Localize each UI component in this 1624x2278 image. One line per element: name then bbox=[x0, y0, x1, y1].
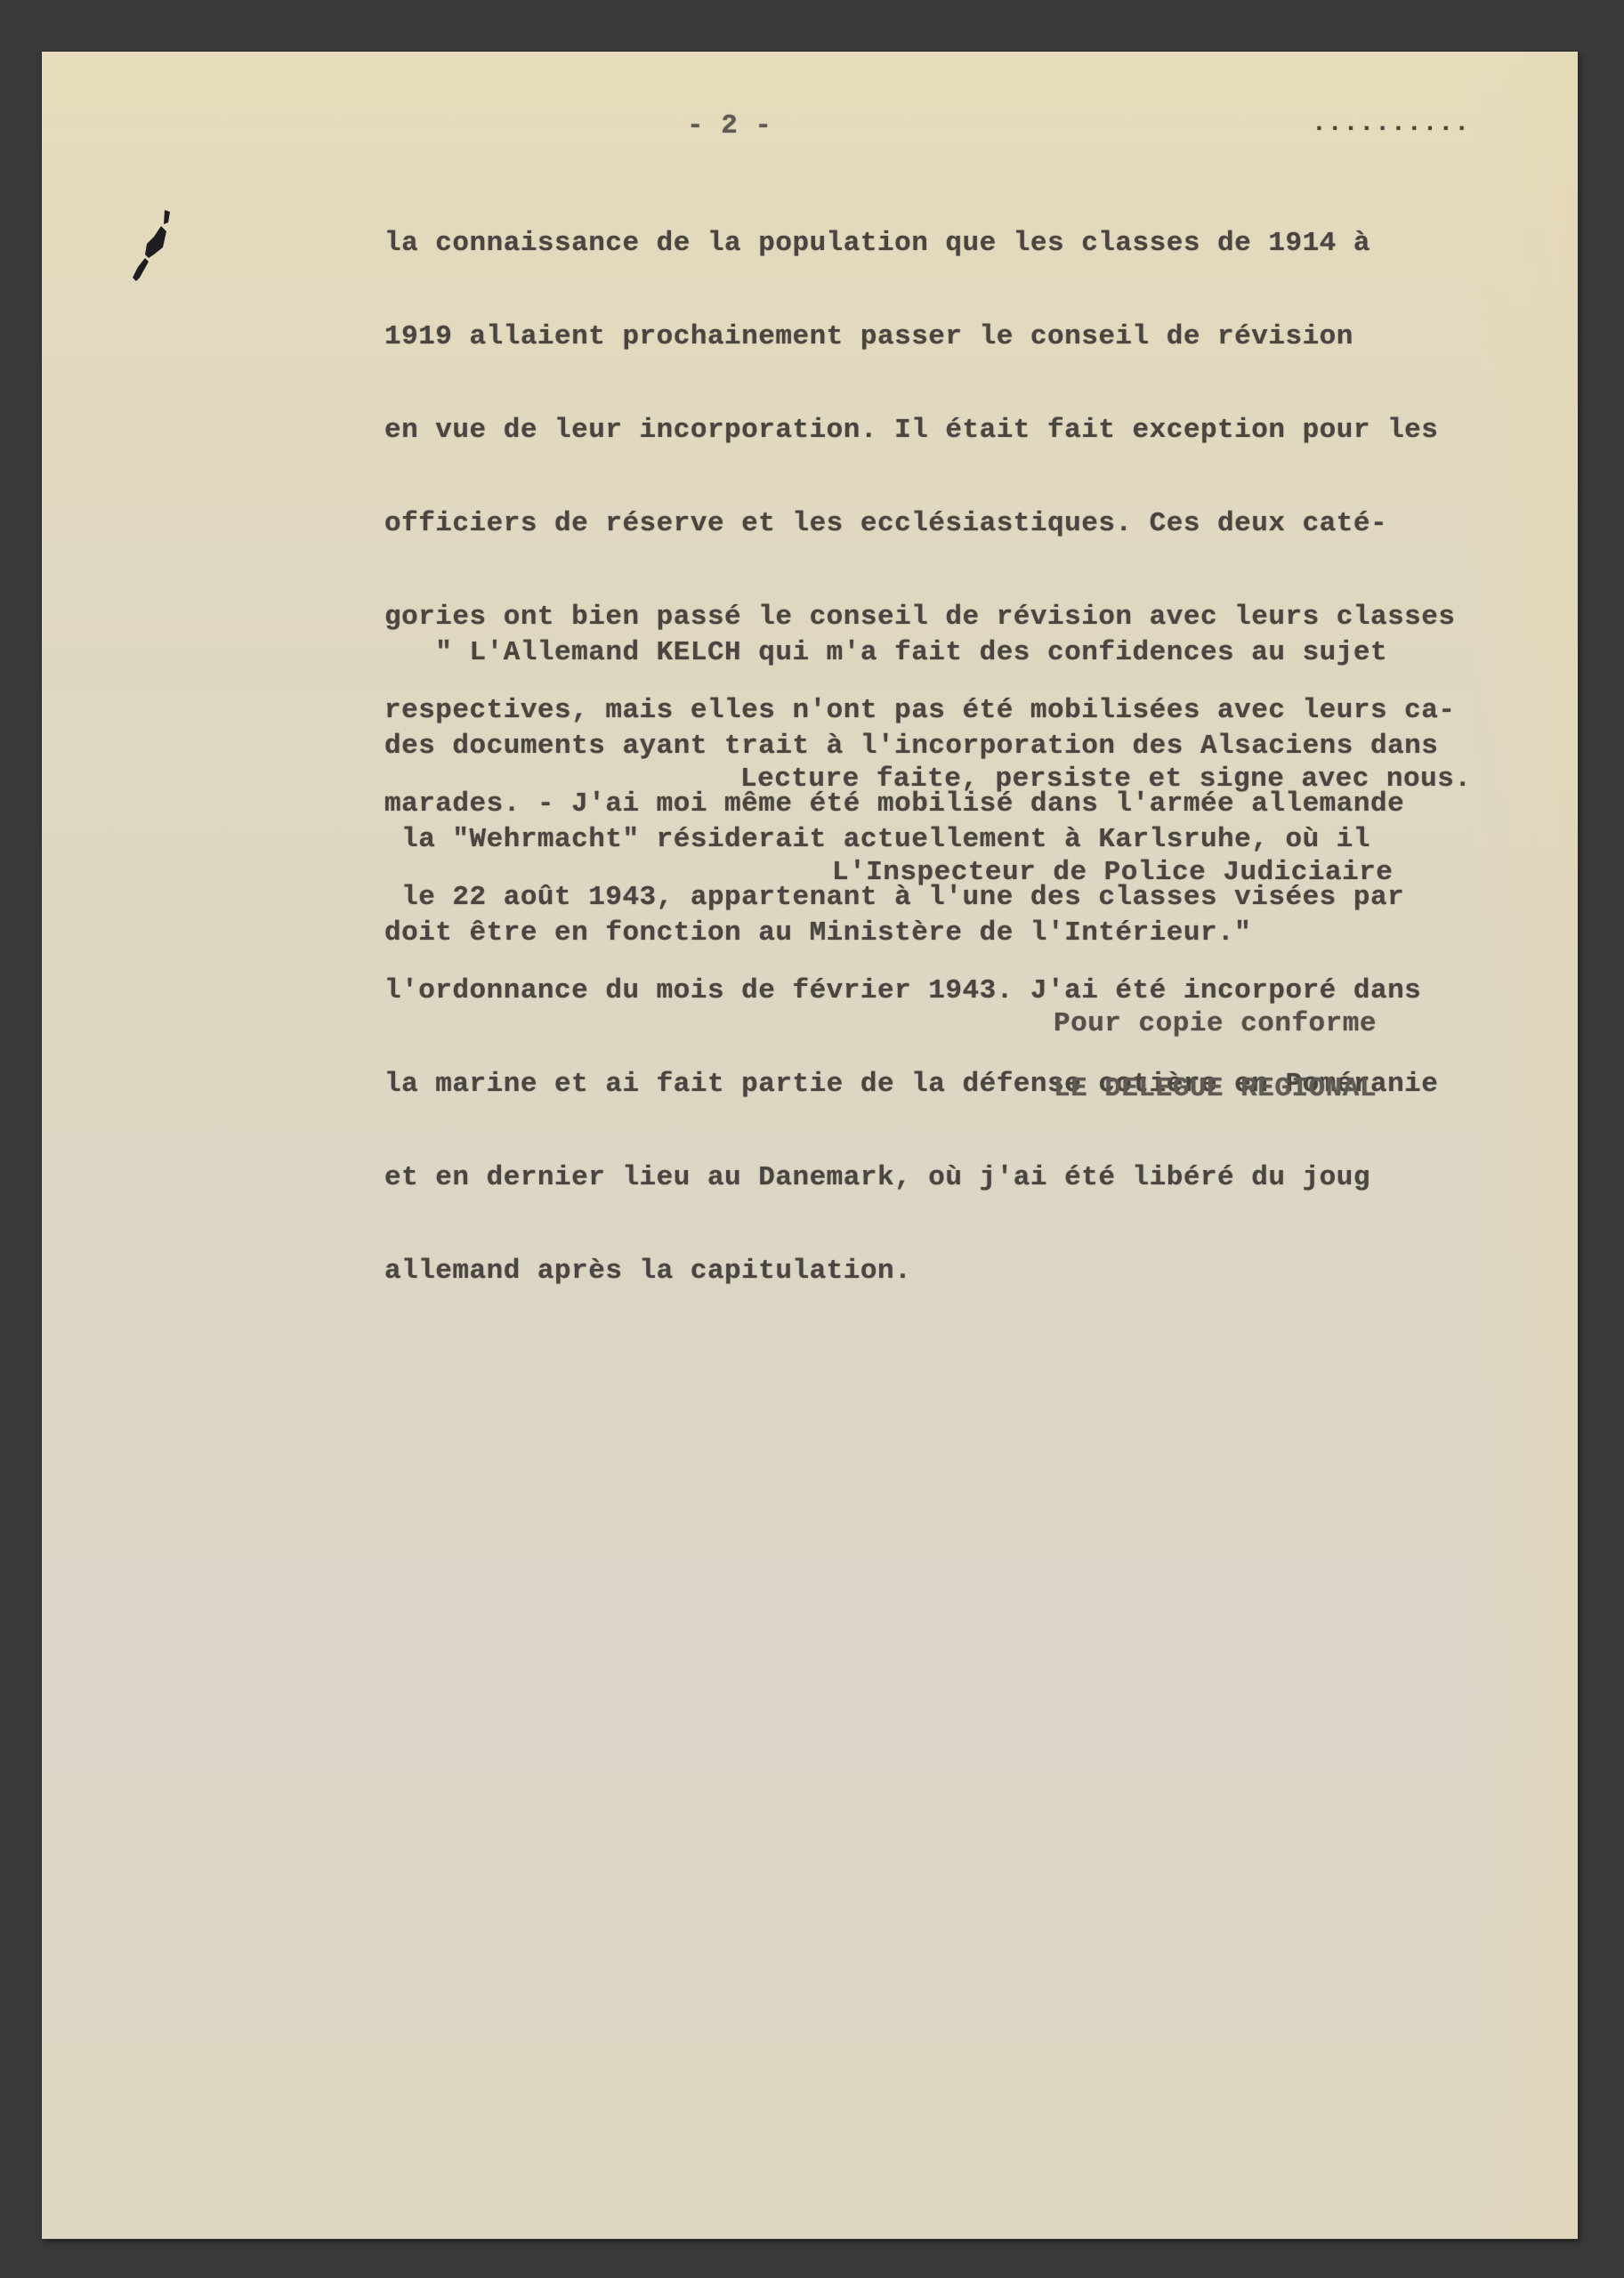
text-line: en vue de leur incorporation. Il était f… bbox=[384, 415, 1456, 446]
text-line: officiers de réserve et les ecclésiastiq… bbox=[384, 508, 1456, 539]
ink-blot-mark-icon bbox=[122, 205, 184, 294]
certifier-title: LE DELEGUE REGIONAL bbox=[1054, 1073, 1377, 1104]
text-line: 1919 allaient prochainement passer le co… bbox=[384, 321, 1456, 352]
text-line: et en dernier lieu au Danemark, où j'ai … bbox=[384, 1162, 1456, 1193]
document-page: - 2 - .......... la connaissance de la p… bbox=[42, 52, 1578, 2239]
text-line: allemand après la capitulation. bbox=[384, 1256, 1456, 1287]
text-line: la connaissance de la population que les… bbox=[384, 228, 1456, 259]
text-line: doit être en fonction au Ministère de l'… bbox=[384, 917, 1438, 949]
text-line: des documents ayant trait à l'incorporat… bbox=[384, 731, 1438, 762]
closing-statement: Lecture faite, persiste et signe avec no… bbox=[740, 763, 1471, 795]
text-line: la "Wehrmacht" résiderait actuellement à… bbox=[384, 824, 1438, 855]
text-line: " L'Allemand KELCH qui m'a fait des conf… bbox=[384, 637, 1438, 668]
signatory-title: L'Inspecteur de Police Judiciaire bbox=[832, 857, 1393, 888]
certification-line: Pour copie conforme bbox=[1054, 1008, 1377, 1039]
continuation-marker: .......... bbox=[1312, 110, 1470, 138]
page-number: - 2 - bbox=[687, 110, 772, 141]
